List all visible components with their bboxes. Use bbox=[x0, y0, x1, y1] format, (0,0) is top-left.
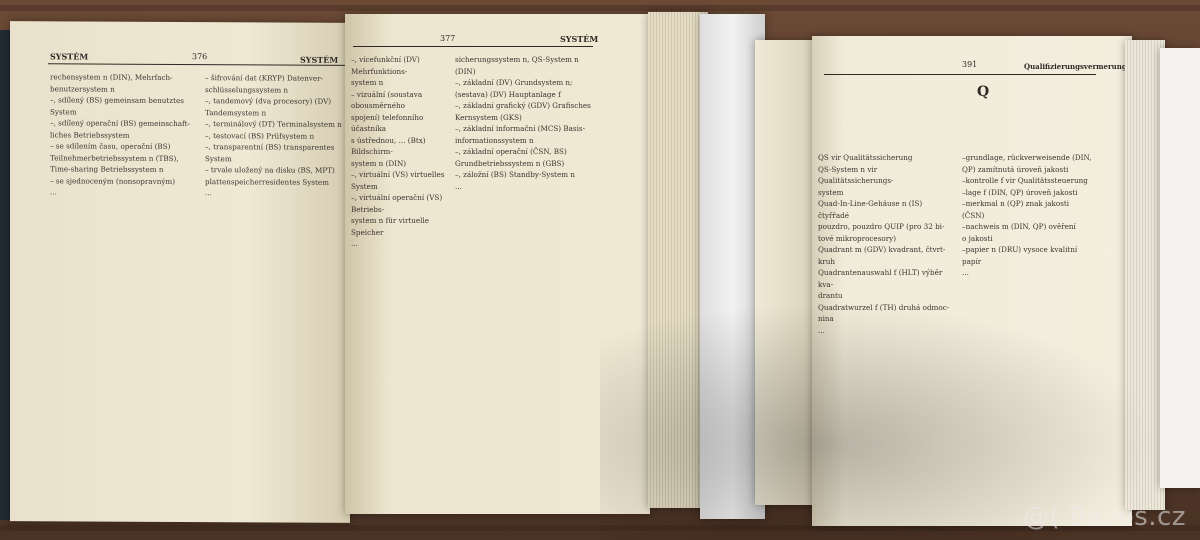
page-number: 391 bbox=[962, 60, 977, 69]
page-header-right: SYSTÉM bbox=[560, 34, 598, 44]
page-edges bbox=[1125, 40, 1165, 510]
dictionary-page-377: 377 SYSTÉM –, vícefunkční (DV) Mehrfunkt… bbox=[345, 14, 650, 514]
text-column-1: rechensystem n (DIN), Mehrfach- benutzer… bbox=[50, 71, 198, 198]
text-column-1: QS vir Qualitätssicherung QS-System n vi… bbox=[818, 152, 953, 336]
page-header-right: Qualifizierungsvermerung bbox=[1024, 62, 1127, 71]
watermark: @( Bazos.cz bbox=[1023, 502, 1186, 532]
wood-grain bbox=[0, 5, 1200, 11]
section-letter: Q bbox=[977, 84, 989, 100]
dictionary-page-376: SYSTÉM 376 SYSTÉM rechensystem n (DIN), … bbox=[10, 21, 350, 523]
background-paper bbox=[1160, 48, 1200, 488]
page-edges bbox=[648, 12, 708, 508]
text-column-2: –grundlage, rückverweisende (DIN, QP) za… bbox=[962, 152, 1092, 279]
page-header-right: SYSTÉM bbox=[300, 55, 338, 65]
page-header-left: SYSTÉM bbox=[50, 51, 88, 61]
text-column-2: sicherungssystem n, QS-System n (DIN) –,… bbox=[455, 54, 605, 192]
header-rule bbox=[824, 74, 1096, 75]
dictionary-page-391: 391 Qualifizierungsvermerung Q QS vir Qu… bbox=[812, 36, 1132, 526]
header-rule bbox=[48, 63, 348, 66]
text-column-1: –, vícefunkční (DV) Mehrfunktions- syste… bbox=[351, 54, 451, 250]
page-number: 377 bbox=[440, 34, 455, 43]
text-column-2: – šifrování dat (KRYP) Datenver- schlüss… bbox=[205, 72, 350, 199]
page-number: 376 bbox=[192, 52, 207, 61]
header-rule bbox=[353, 46, 593, 47]
